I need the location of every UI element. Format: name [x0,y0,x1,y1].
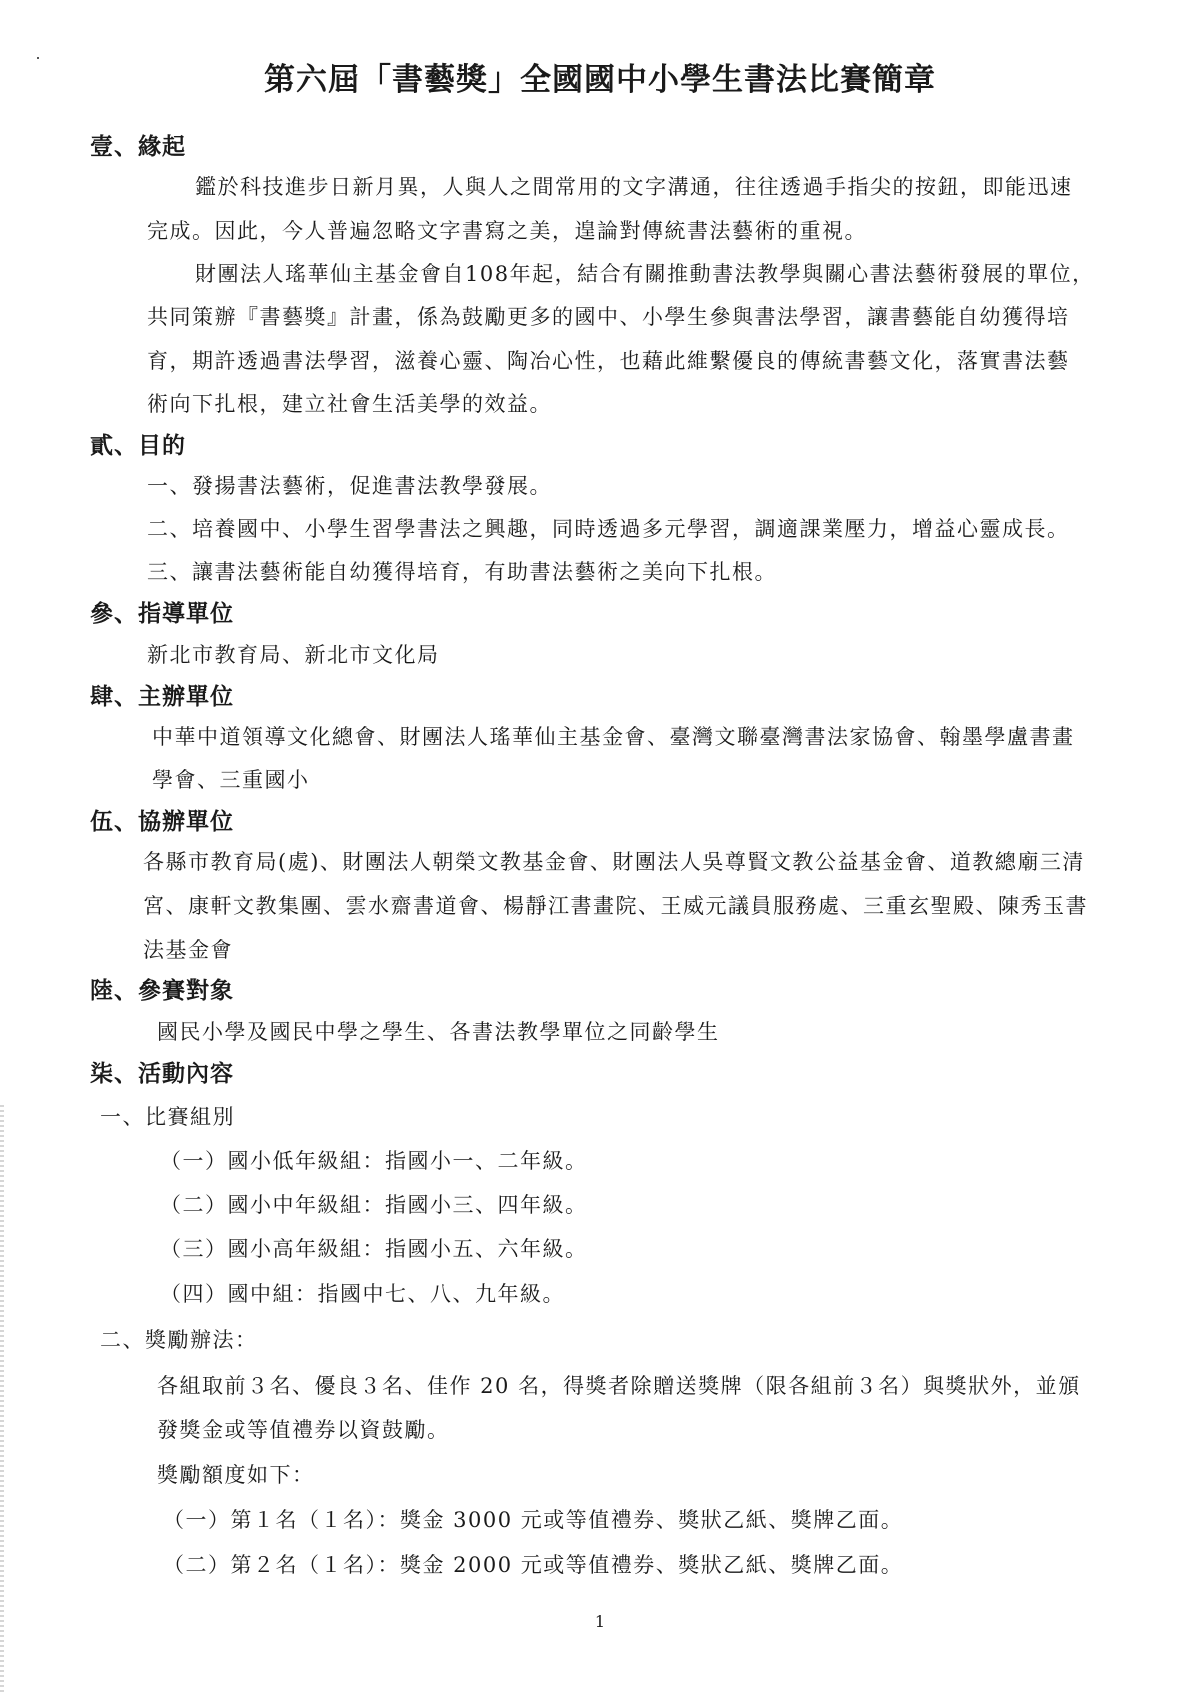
paragraph-line: 國民小學及國民中學之學生、各書法教學單位之同齡學生 [157,1022,720,1043]
section-heading-purpose: 貳、目的 [90,435,186,458]
section-heading-guidance: 參、指導單位 [90,603,234,626]
document-title: 第六屆「書藝獎」全國國中小學生書法比賽簡章 [0,54,1200,99]
paragraph-line: 術向下扎根，建立社會生活美學的效益。 [147,394,552,415]
prize-item: （二）第２名（１名）：獎金 2000 元或等值禮券、獎狀乙紙、獎牌乙面。 [163,1555,903,1576]
paragraph-line: 共同策辦『書藝獎』計畫，係為鼓勵更多的國中、小學生參與書法學習，讓書藝能自幼獲得… [147,307,1070,328]
paragraph-line: 發獎金或等值禮券以資鼓勵。 [157,1420,450,1441]
section-heading-organizer: 肆、主辦單位 [90,686,234,709]
group-item: （二）國小中年級組：指國小三、四年級。 [160,1195,588,1216]
paragraph-line: 宮、康軒文教集團、雲水齋書道會、楊靜江書畫院、王威元議員服務處、三重玄聖殿、陳秀… [143,896,1088,917]
group-item: （一）國小低年級組：指國小一、二年級。 [160,1151,588,1172]
scan-edge-artifact [0,1105,4,1695]
paragraph-line: 各組取前３名、優良３名、佳作 20 名，得獎者除贈送獎牌（限各組前３名）與獎狀外… [157,1376,1081,1397]
list-item: 二、培養國中、小學生習學書法之興趣，同時透過多元學習，調適課業壓力，增益心靈成長… [147,519,1070,540]
list-item: 一、發揚書法藝術，促進書法教學發展。 [147,476,552,497]
page-number: 1 [0,1612,1200,1631]
amount-label: 獎勵額度如下： [157,1465,315,1486]
paragraph-line: 完成。因此，今人普遍忽略文字書寫之美，遑論對傳統書法藝術的重視。 [147,221,867,242]
prize-item: （一）第１名（１名）：獎金 3000 元或等值禮券、獎狀乙紙、獎牌乙面。 [163,1510,903,1531]
paragraph-line: 育，期許透過書法學習，滋養心靈、陶冶心性，也藉此維繫優良的傳統書藝文化，落實書法… [147,351,1070,372]
paragraph-line: 學會、三重國小 [152,770,310,791]
list-item: 三、讓書法藝術能自幼獲得培育，有助書法藝術之美向下扎根。 [147,562,777,583]
paragraph-line: 各縣市教育局(處)、財團法人朝榮文教基金會、財團法人吳尊賢文教公益基金會、道教總… [143,852,1085,873]
group-item: （三）國小高年級組：指國小五、六年級。 [160,1239,588,1260]
subsection-label: 一、比賽組別 [100,1107,235,1128]
section-heading-activity: 柒、活動內容 [90,1063,234,1086]
paragraph-line: 鑑於科技進步日新月異，人與人之間常用的文字溝通，往往透過手指尖的按鈕，即能迅速 [195,177,1073,198]
section-heading-co-organizer: 伍、協辦單位 [90,811,234,834]
section-heading-participants: 陸、參賽對象 [90,980,234,1003]
paragraph-line: 法基金會 [143,940,233,961]
paragraph-line: 財團法人瑤華仙主基金會自108年起，結合有關推動書法教學與關心書法藝術發展的單位… [195,264,1095,285]
subsection-label: 二、獎勵辦法： [100,1330,258,1351]
paragraph-line: 新北市教育局、新北市文化局 [147,645,440,666]
section-heading-origin: 壹、緣起 [90,136,186,159]
document-page: 第六屆「書藝獎」全國國中小學生書法比賽簡章 壹、緣起 鑑於科技進步日新月異，人與… [0,0,1200,1697]
paragraph-line: 中華中道領導文化總會、財團法人瑤華仙主基金會、臺灣文聯臺灣書法家協會、翰墨學盧書… [152,727,1075,748]
group-item: （四）國中組：指國中七、八、九年級。 [160,1284,565,1305]
